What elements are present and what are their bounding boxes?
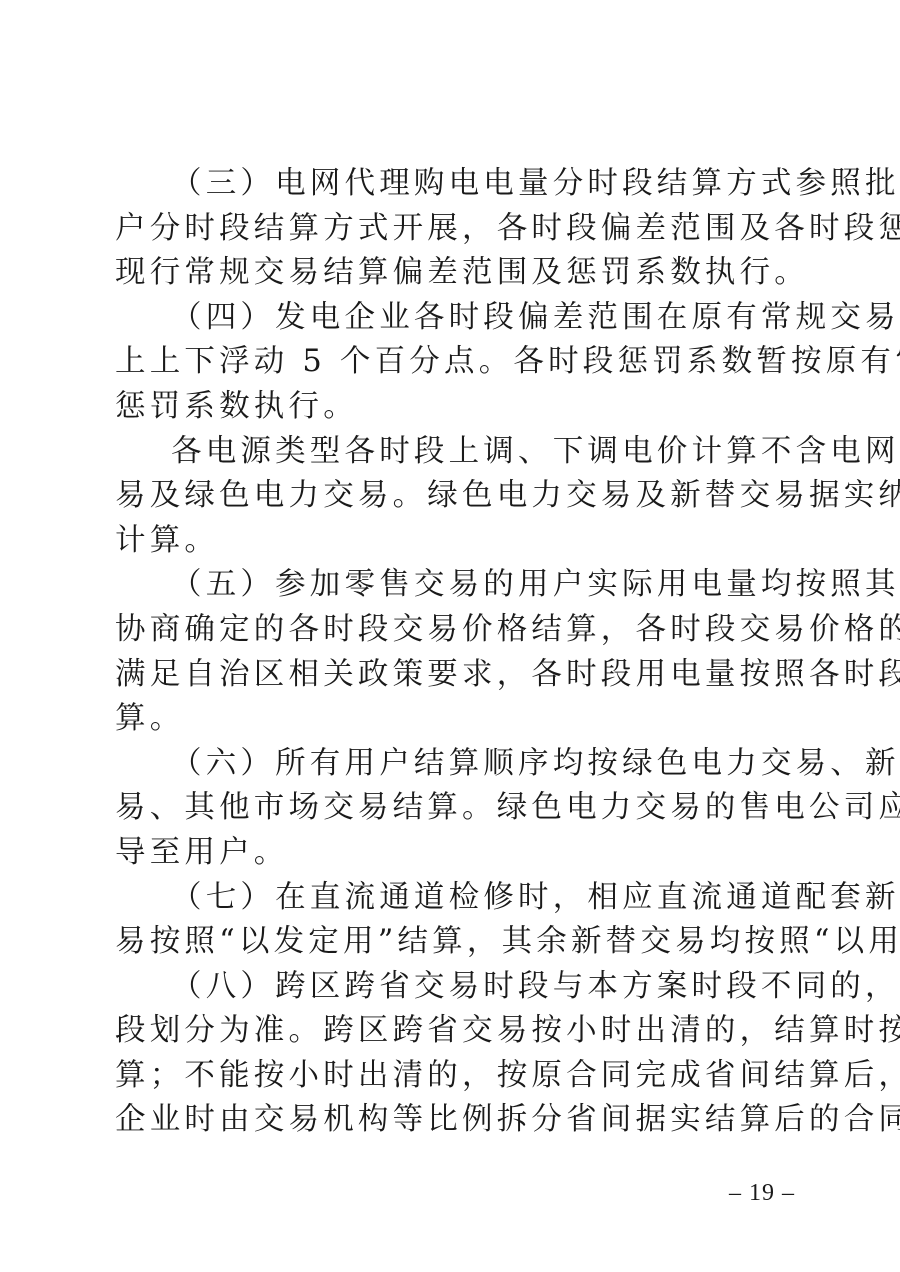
text-line: 导至用户。 xyxy=(115,831,787,876)
text-line: 协商确定的各时段交易价格结算，各时段交易价格的峰谷比例需 xyxy=(115,608,787,653)
text-line: 各电源类型各时段上调、下调电价计算不含电网代理购电交 xyxy=(115,430,787,475)
text-line: 算。 xyxy=(115,697,787,742)
text-line: 惩罚系数执行。 xyxy=(115,385,787,430)
paragraph-item-4: （四）发电企业各时段偏差范围在原有常规交易结算的基础 上上下浮动 5 个百分点。… xyxy=(115,296,787,430)
text-line: （六）所有用户结算顺序均按绿色电力交易、新能源替代交 xyxy=(115,742,787,787)
text-line: 企业时由交易机构等比例拆分省间据实结算后的合同，再按本方 xyxy=(115,1098,787,1143)
document-body: （三）电网代理购电电量分时段结算方式参照批发交易的用 户分时段结算方式开展，各时… xyxy=(115,162,787,1143)
text-line: 易及绿色电力交易。绿色电力交易及新替交易据实纳入偏差范围 xyxy=(115,474,787,519)
text-line: （七）在直流通道检修时，相应直流通道配套新能源新替交 xyxy=(115,876,787,921)
text-line: 段划分为准。跨区跨省交易按小时出清的，结算时按时段合并结 xyxy=(115,1009,787,1054)
text-line: 计算。 xyxy=(115,519,787,564)
paragraph-item-8: （八）跨区跨省交易时段与本方案时段不同的，以本方案时 段划分为准。跨区跨省交易按… xyxy=(115,965,787,1143)
text-line: 户分时段结算方式开展，各时段偏差范围及各时段惩罚系数按照 xyxy=(115,207,787,252)
paragraph-item-3: （三）电网代理购电电量分时段结算方式参照批发交易的用 户分时段结算方式开展，各时… xyxy=(115,162,787,296)
paragraph-item-4-note: 各电源类型各时段上调、下调电价计算不含电网代理购电交 易及绿色电力交易。绿色电力… xyxy=(115,430,787,564)
text-line: 易、其他市场交易结算。绿色电力交易的售电公司应等量等价传 xyxy=(115,786,787,831)
text-line: 满足自治区相关政策要求，各时段用电量按照各时段交易价格结 xyxy=(115,653,787,698)
page-number: – 19 – xyxy=(729,1180,795,1207)
text-line: （三）电网代理购电电量分时段结算方式参照批发交易的用 xyxy=(115,162,787,207)
text-line: （八）跨区跨省交易时段与本方案时段不同的，以本方案时 xyxy=(115,965,787,1010)
paragraph-item-7: （七）在直流通道检修时，相应直流通道配套新能源新替交 易按照“以发定用”结算，其… xyxy=(115,876,787,965)
text-line: （四）发电企业各时段偏差范围在原有常规交易结算的基础 xyxy=(115,296,787,341)
text-line: 上上下浮动 5 个百分点。各时段惩罚系数暂按原有常规交易结算 xyxy=(115,340,787,385)
paragraph-item-6: （六）所有用户结算顺序均按绿色电力交易、新能源替代交 易、其他市场交易结算。绿色… xyxy=(115,742,787,876)
text-line: （五）参加零售交易的用户实际用电量均按照其与售电公司 xyxy=(115,563,787,608)
text-line: 现行常规交易结算偏差范围及惩罚系数执行。 xyxy=(115,251,787,296)
paragraph-item-5: （五）参加零售交易的用户实际用电量均按照其与售电公司 协商确定的各时段交易价格结… xyxy=(115,563,787,741)
text-line: 易按照“以发定用”结算，其余新替交易均按照“以用定发”结算。 xyxy=(115,920,787,965)
text-line: 算；不能按小时出清的，按原合同完成省间结算后，结算至发电 xyxy=(115,1054,787,1099)
